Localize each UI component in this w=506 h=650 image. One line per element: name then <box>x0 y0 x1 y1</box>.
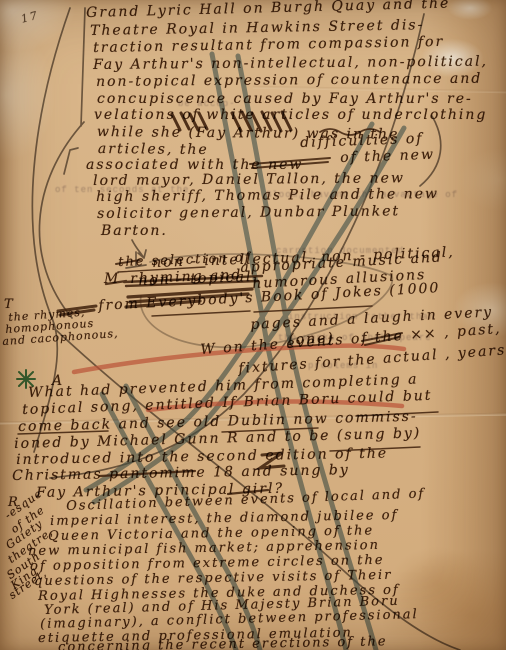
manuscript-line: Barton. <box>101 224 168 238</box>
manuscript-line: articles, the <box>98 142 209 157</box>
manuscript-line: Fay Arthur's non-intellectual, non-polit… <box>93 55 488 72</box>
manuscript-line: lord mayor, Daniel Tallon, the new <box>93 171 405 188</box>
corner-page-number: 17 <box>20 10 40 25</box>
pencil-vertical-tick <box>81 8 85 126</box>
manuscript-line: high sheriff, Thomas Pile and the new <box>96 187 439 204</box>
manuscript-line: solicitor general, Dunbar Plunket <box>97 204 400 221</box>
margin-note: T <box>4 298 14 311</box>
manuscript-line: associated with the new <box>86 158 303 172</box>
pencil-margin-bracket <box>64 148 78 174</box>
margin-note: A <box>52 374 63 388</box>
pencil-big-bracket <box>39 122 84 318</box>
manuscript-line: of the new <box>340 148 435 165</box>
manuscript-line: concupiscence caused by Fay Arthur's re- <box>97 92 473 106</box>
manuscript-line: M <box>104 272 120 286</box>
manuscript-line: non-topical expression of countenance an… <box>96 72 482 89</box>
manuscript-line: velations of white articles of underclot… <box>94 108 487 122</box>
manuscript-line: rhyming and <box>130 268 243 286</box>
manuscript-page: be accep-of ten seconds at theBloom, hav… <box>0 0 506 650</box>
